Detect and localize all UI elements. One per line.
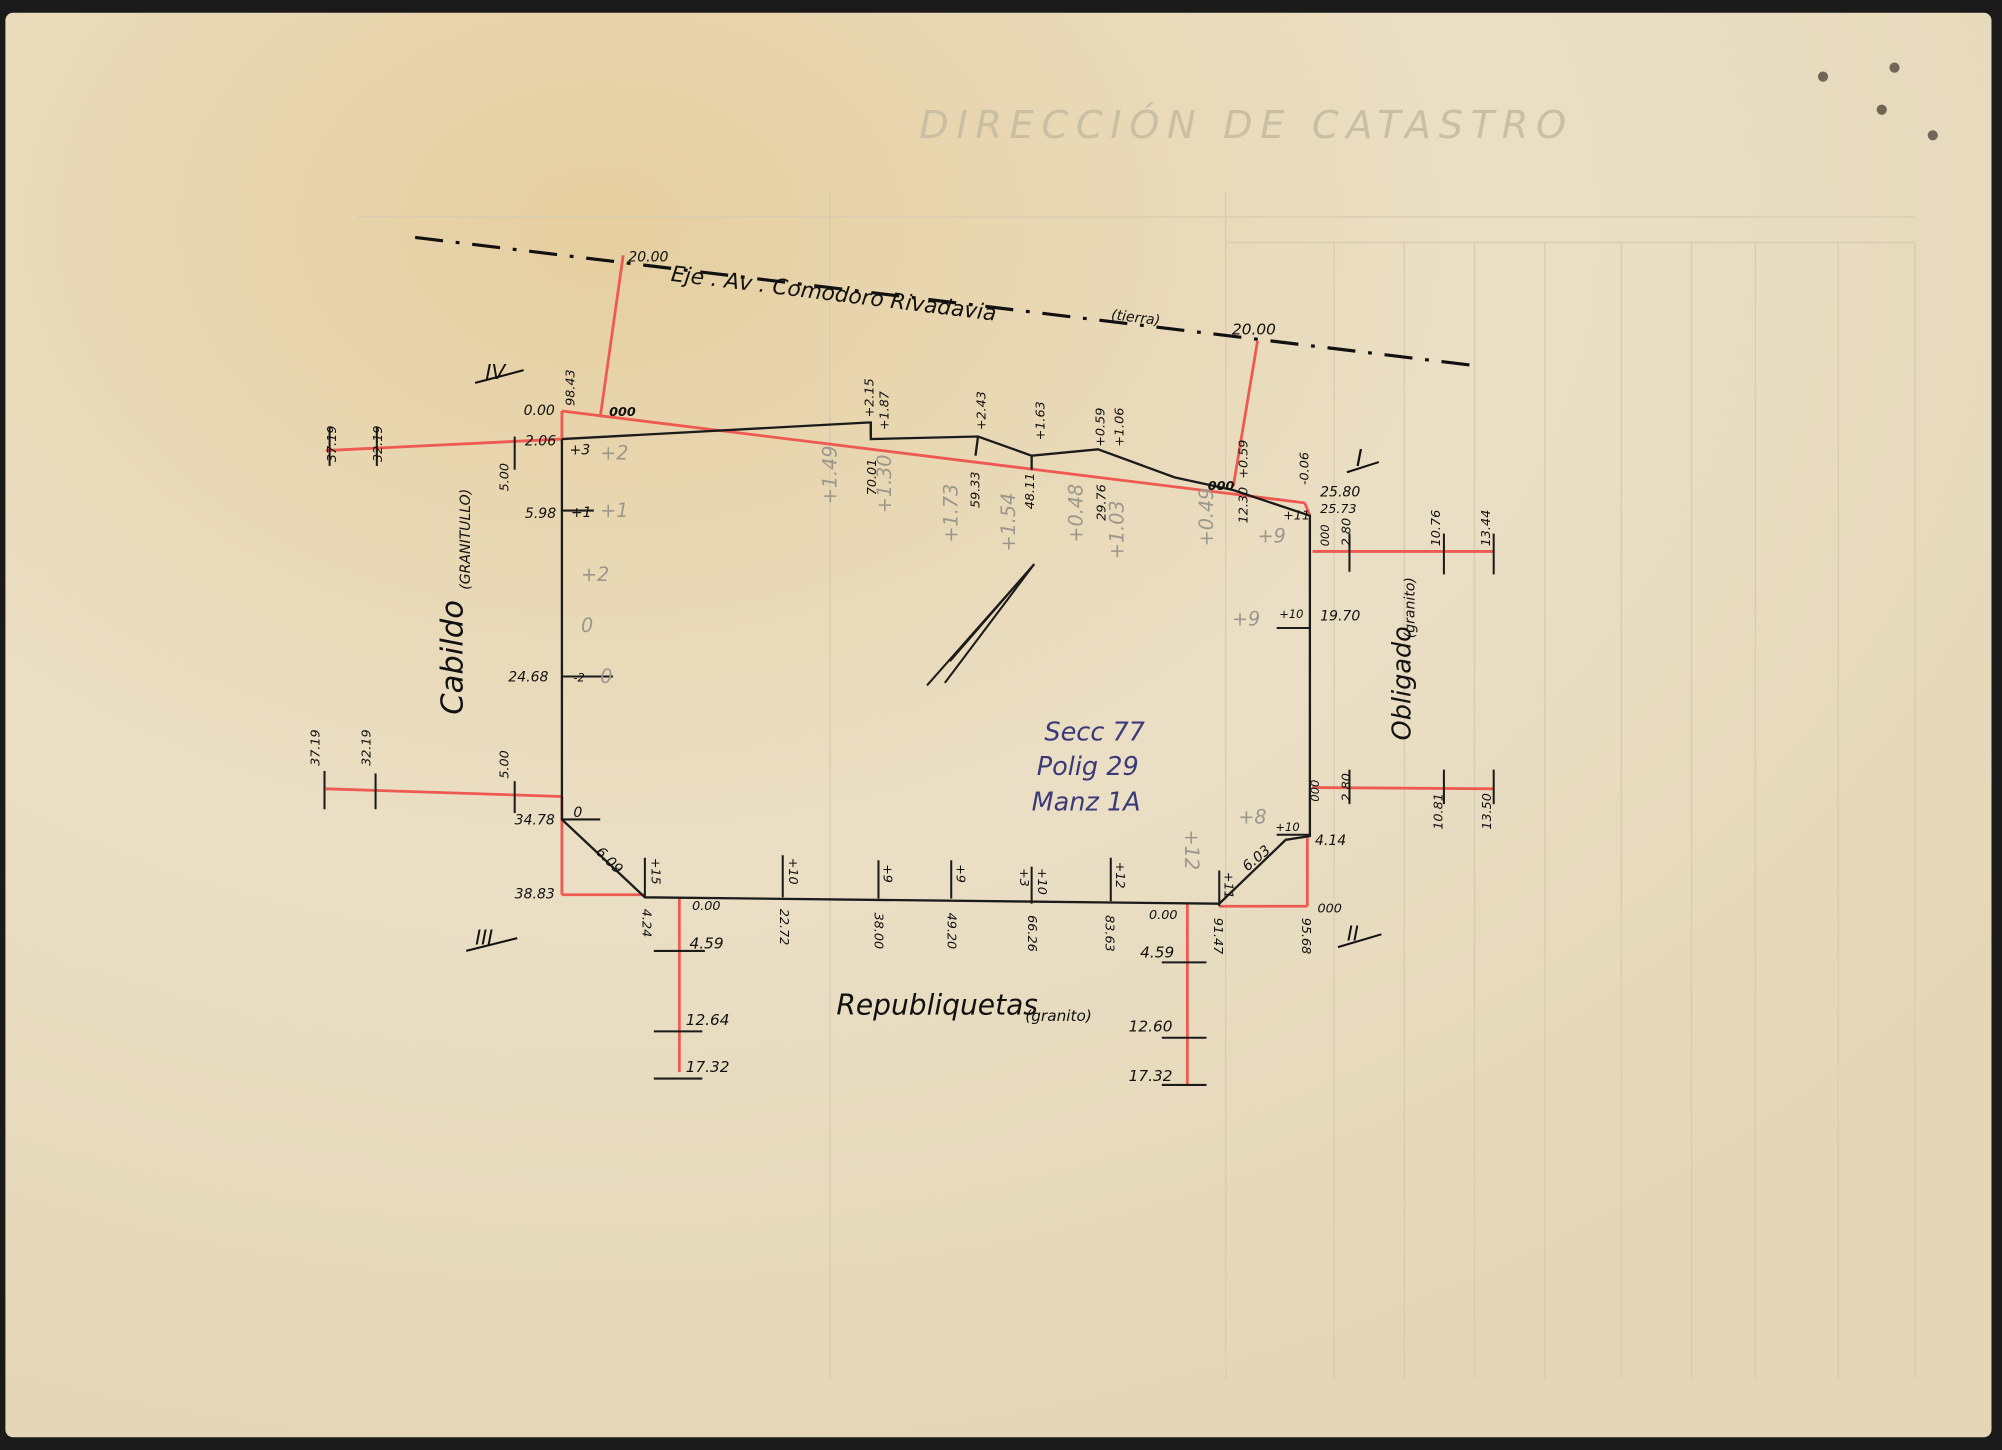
- w-pencil-2: +2: [581, 563, 609, 586]
- w-offset-bottom-2: 5.00: [497, 750, 512, 778]
- s-level-1: +10: [785, 858, 800, 885]
- s-measure-9: 95.68: [1298, 918, 1313, 955]
- s-offset-right-1: 12.60: [1129, 1017, 1173, 1035]
- w-measure-5: 38.83: [515, 887, 555, 903]
- n-level-5: +1.06: [1113, 408, 1128, 447]
- s-level-6: +12: [1112, 862, 1127, 889]
- n-pencil-3: +1.54: [997, 493, 1020, 552]
- e-measure-1: 25.73: [1320, 502, 1357, 517]
- w-offset-top-2: 5.00: [497, 463, 512, 491]
- block-manzana: Manz 1A: [1032, 788, 1141, 818]
- w-pencil-1: +1: [600, 499, 628, 522]
- s-measure-5: 66.26: [1024, 915, 1039, 952]
- w-offset-top-0: 37.19: [325, 426, 340, 463]
- w-measure-1: 2.06: [525, 433, 556, 449]
- e-measure-6: 000: [1308, 780, 1322, 802]
- n-measure-2: 59.33: [968, 471, 983, 508]
- faint-header: DIRECCIÓN DE CATASTRO: [919, 101, 1574, 148]
- s-offset-left-0: 4.59: [690, 934, 724, 952]
- s-measure-1: 0.00: [692, 899, 720, 914]
- e-offset-bottom-0: 2.80: [1340, 773, 1355, 801]
- s-measure-2: 22.72: [776, 909, 791, 946]
- e-offset-top-1: 10.76: [1429, 510, 1444, 547]
- s-level-3: +9: [952, 864, 967, 883]
- s-level-4: +3: [1016, 868, 1031, 887]
- cadastral-plan-sheet: DIRECCIÓN DE CATASTRO 20.00 Eje . Av . C…: [0, 0, 2002, 1450]
- n-level-4: +0.59: [1093, 408, 1108, 447]
- w-offset-top-1: 32.19: [371, 426, 386, 463]
- s-offset-left-2: 17.32: [686, 1058, 730, 1076]
- s-level-7: +11: [1220, 872, 1235, 899]
- n-level-7: -0.06: [1298, 452, 1313, 485]
- e-offset-top-0: 2.80: [1340, 518, 1355, 546]
- west-street-name: Cabildo: [435, 600, 470, 715]
- s-level-5: +10: [1034, 868, 1049, 895]
- s-offset-right-2: 17.32: [1129, 1067, 1173, 1085]
- w-measure-4: 34.78: [515, 813, 555, 829]
- s-offset-right-0: 4.59: [1140, 943, 1174, 961]
- e-measure-4: 000: [1318, 902, 1342, 917]
- w-level-1: +1: [571, 505, 592, 521]
- w-pencil-3: 0: [581, 614, 593, 637]
- n-level-6: +0.59: [1236, 440, 1251, 479]
- e-pencil-0: +9: [1232, 607, 1260, 630]
- e-measure-3: 4.14: [1315, 833, 1346, 849]
- s-measure-8: 91.47: [1210, 918, 1225, 955]
- south-street-surface: (granito): [1025, 1007, 1092, 1025]
- w-measure-2: 5.98: [525, 506, 556, 522]
- w-level-2: -2: [573, 671, 584, 685]
- n-pencil-0: +1.49: [818, 446, 841, 505]
- n-pencil-6: +0.49: [1195, 488, 1218, 547]
- e-measure-0: 25.80: [1320, 485, 1360, 501]
- n-level-3: +1.63: [1033, 401, 1048, 440]
- e-offset-bottom-1: 10.81: [1432, 793, 1447, 830]
- corner-iv: IV: [485, 360, 507, 384]
- block-polygon: Polig 29: [1037, 752, 1139, 782]
- n-pencil-7: +9: [1258, 524, 1286, 547]
- w-offset-bottom-1: 32.19: [359, 729, 374, 766]
- e-level-1: +10: [1275, 820, 1299, 834]
- s-offset-left-1: 12.64: [686, 1011, 730, 1029]
- w-measure-3: 24.68: [508, 670, 548, 686]
- n-measure-0: 000: [609, 405, 636, 420]
- e-offset-bottom-2: 13.50: [1480, 793, 1495, 830]
- e-pencil-1: +8: [1238, 805, 1266, 828]
- w-pencil-0: +2: [600, 442, 628, 465]
- e-measure-5: 000: [1318, 524, 1332, 546]
- block-section: Secc 77: [1044, 717, 1145, 747]
- e-measure-2: 19.70: [1320, 608, 1360, 624]
- n-level-8: +11: [1283, 508, 1310, 523]
- w-offset-bottom-0: 37.19: [308, 729, 323, 766]
- n-pencil-2: +1.73: [940, 484, 963, 543]
- west-street-surface: (GRANITULLO): [458, 489, 474, 590]
- n-pencil-4: +0.48: [1065, 484, 1088, 543]
- w-measure-0: 0.00: [524, 403, 555, 419]
- n-level-1: +1.87: [878, 391, 893, 430]
- axis-right-distance: 20.00: [1232, 320, 1276, 338]
- s-measure-0: 4.24: [638, 909, 653, 937]
- s-measure-4: 49.20: [943, 913, 958, 950]
- e-level-0: +10: [1279, 607, 1303, 621]
- w-level-3: 0: [573, 805, 582, 821]
- s-level-2: +9: [880, 864, 895, 883]
- n-level-0: +2.15: [862, 378, 877, 417]
- paper: [5, 13, 1991, 1437]
- n-pencil-1: +1.30: [873, 455, 896, 514]
- s-measure-6: 83.63: [1102, 915, 1117, 952]
- e-pencil-2: +12: [1180, 830, 1203, 870]
- n-pencil-5: +1.03: [1106, 500, 1129, 559]
- axis-left-distance: 20.00: [628, 250, 668, 266]
- south-street-name: Republiquetas: [836, 989, 1038, 1022]
- w-top-offset: 98.43: [564, 369, 579, 406]
- n-measure-5: 12.30: [1236, 487, 1251, 524]
- east-street-surface: (granito): [1403, 577, 1419, 638]
- n-level-2: +2.43: [975, 391, 990, 430]
- east-street-name: Obligado: [1388, 626, 1418, 740]
- e-offset-top-2: 13.44: [1479, 510, 1494, 547]
- n-measure-3: 48.11: [1023, 473, 1038, 510]
- s-measure-7: 0.00: [1149, 908, 1177, 923]
- w-pencil-4: 0: [600, 665, 612, 688]
- s-measure-3: 38.00: [871, 913, 886, 950]
- w-level-0: +3: [570, 442, 591, 458]
- s-level-0: +15: [647, 858, 662, 885]
